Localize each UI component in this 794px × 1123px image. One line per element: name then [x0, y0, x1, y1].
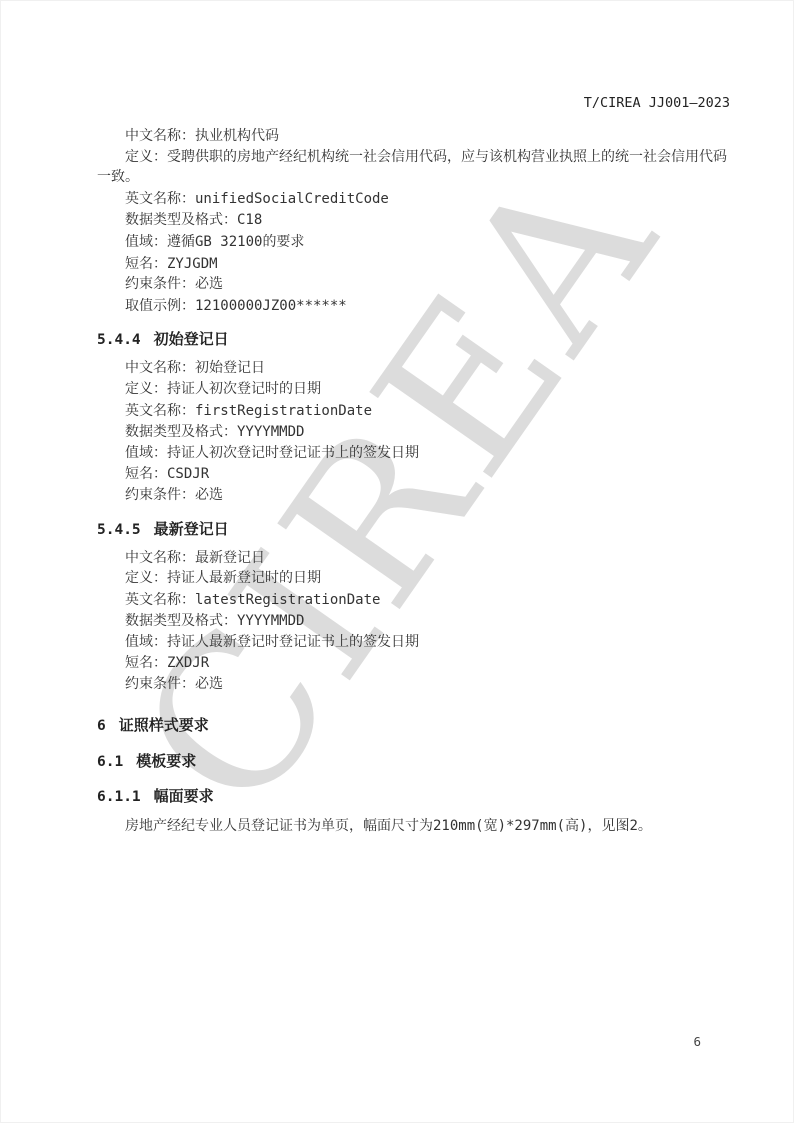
section-number: 6.1	[97, 754, 123, 770]
latin-text-run: CSDJR	[167, 466, 209, 482]
section-title: 幅面要求	[154, 788, 214, 805]
body-paragraph: 房地产经纪专业人员登记证书为单页，幅面尺寸为210mm(宽)*297mm(高)，…	[97, 816, 733, 838]
field-line: 定义：持证人最新登记时的日期	[97, 569, 733, 590]
field-line: 约束条件：必选	[97, 486, 733, 507]
latin-text-run: YYYYMMDD	[237, 613, 304, 629]
field-line: 短名：ZXDJR	[97, 653, 733, 675]
latin-text-run: ZXDJR	[167, 655, 209, 671]
section-title: 最新登记日	[154, 521, 229, 538]
latin-text-run: 210mm(	[433, 818, 484, 834]
field-line: 约束条件：必选	[97, 675, 733, 696]
field-line: 数据类型及格式：YYYYMMDD	[97, 611, 733, 633]
field-line: 数据类型及格式：YYYYMMDD	[97, 422, 733, 444]
latin-text-run: latestRegistrationDate	[195, 592, 380, 608]
field-line: 中文名称：初始登记日	[97, 359, 733, 380]
section-heading-5.4.5: 5.4.5最新登记日	[97, 520, 733, 540]
section-heading-6: 6证照样式要求	[97, 716, 733, 736]
section-number: 5.4.4	[97, 332, 141, 348]
page-number: 6	[693, 1034, 701, 1049]
field-line: 取值示例：12100000JZ00******	[97, 296, 733, 318]
field-line: 定义：受聘供职的房地产经纪机构统一社会信用代码，应与该机构营业执照上的统一社会信…	[97, 148, 733, 189]
latin-text-run: ZYJGDM	[167, 256, 218, 272]
latin-text-run: GB 32100	[195, 234, 262, 250]
latin-text-run: 12100000JZ00******	[195, 298, 347, 314]
document-page: CIREA T/CIREA JJ001—2023 中文名称：执业机构代码定义：受…	[0, 0, 794, 1123]
section-title: 模板要求	[136, 753, 196, 770]
section-heading-5.4.4: 5.4.4初始登记日	[97, 330, 733, 350]
header-standard-code: T/CIREA JJ001—2023	[584, 95, 730, 111]
latin-text-run: C18	[237, 212, 262, 228]
field-line: 值域：遵循GB 32100的要求	[97, 232, 733, 254]
section-title: 初始登记日	[154, 331, 229, 348]
field-line: 中文名称：执业机构代码	[97, 127, 733, 148]
section-number: 6.1.1	[97, 789, 141, 805]
section-heading-6.1.1: 6.1.1幅面要求	[97, 787, 733, 807]
latin-text-run: YYYYMMDD	[237, 424, 304, 440]
field-line: 约束条件：必选	[97, 275, 733, 296]
field-line: 定义：持证人初次登记时的日期	[97, 380, 733, 401]
document-body: 中文名称：执业机构代码定义：受聘供职的房地产经纪机构统一社会信用代码，应与该机构…	[97, 127, 733, 837]
field-line: 英文名称：unifiedSocialCreditCode	[97, 189, 733, 211]
latin-text-run: 2	[629, 818, 637, 834]
field-line: 英文名称：latestRegistrationDate	[97, 590, 733, 612]
latin-text-run: unifiedSocialCreditCode	[195, 191, 389, 207]
section-number: 5.4.5	[97, 522, 141, 538]
field-line: 中文名称：最新登记日	[97, 549, 733, 570]
field-line: 短名：ZYJGDM	[97, 254, 733, 276]
section-title: 证照样式要求	[119, 717, 209, 734]
latin-text-run: firstRegistrationDate	[195, 403, 372, 419]
latin-text-run: )*297mm(	[498, 818, 565, 834]
latin-text-run: )	[579, 818, 587, 834]
field-line: 数据类型及格式：C18	[97, 210, 733, 232]
field-line: 短名：CSDJR	[97, 464, 733, 486]
field-line: 值域：持证人最新登记时登记证书上的签发日期	[97, 633, 733, 654]
section-number: 6	[97, 718, 106, 734]
field-line: 英文名称：firstRegistrationDate	[97, 401, 733, 423]
section-heading-6.1: 6.1模板要求	[97, 752, 733, 772]
field-line: 值域：持证人初次登记时登记证书上的签发日期	[97, 444, 733, 465]
